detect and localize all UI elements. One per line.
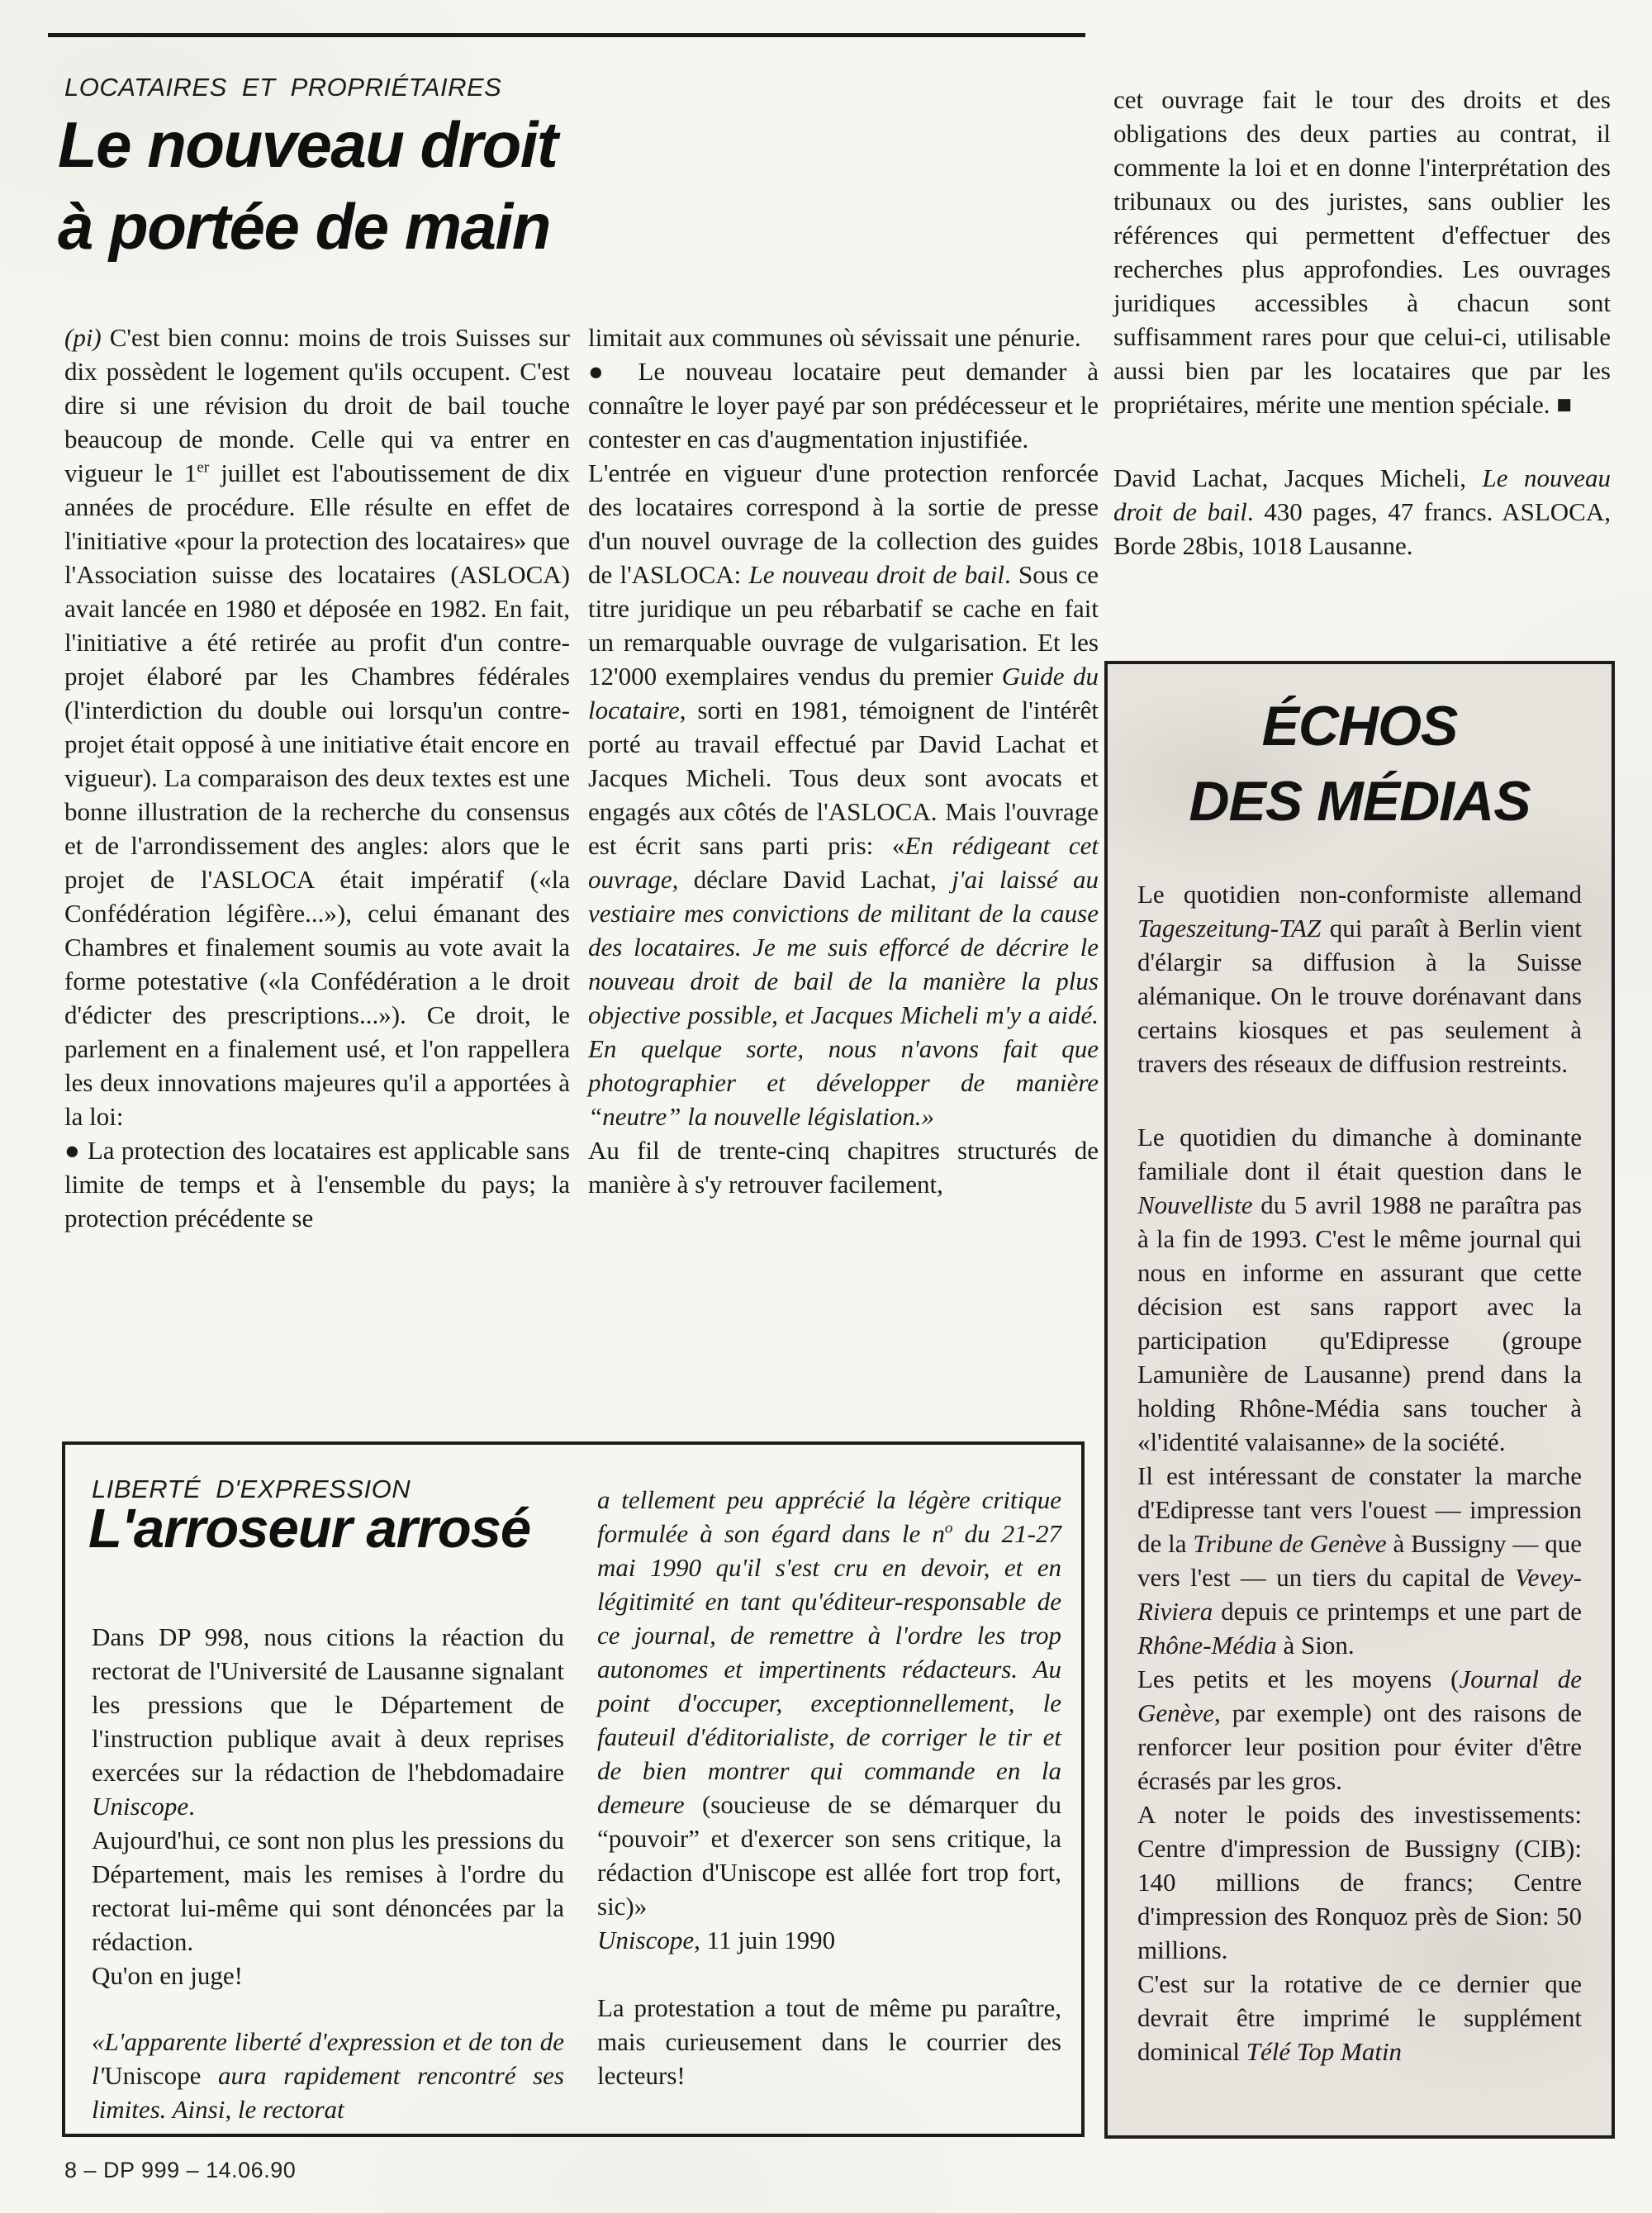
newspaper-page: LOCATAIRES ET PROPRIÉTAIRES Le nouveau d…	[0, 0, 1652, 2213]
liberte-box-right-column: a tellement peu apprécié la légère criti…	[597, 1483, 1061, 2092]
main-article-column-2: limitait aux communes où sévissait une p…	[588, 321, 1099, 1201]
liberte-quote-continuation: a tellement peu apprécié la légère criti…	[597, 1483, 1061, 1923]
echos-title-line-1: ÉCHOS	[1137, 689, 1582, 764]
headline-line-1: Le nouveau droit	[58, 104, 557, 186]
headline-line-2: à portée de main	[58, 186, 557, 268]
main-article-column-1: (pi) C'est bien connu: moins de trois Su…	[64, 321, 570, 1235]
echos-box-title: ÉCHOS DES MÉDIAS	[1137, 689, 1582, 839]
liberte-quote-attribution: Uniscope, 11 juin 1990	[597, 1923, 1061, 1957]
echos-title-line-2: DES MÉDIAS	[1137, 764, 1582, 839]
paragraph-lead: (pi) C'est bien connu: moins de trois Su…	[64, 321, 570, 1133]
paragraph-conclusion: cet ouvrage fait le tour des droits et d…	[1113, 83, 1611, 421]
paragraph-bullet-1: ● La protection des locataires est appli…	[64, 1133, 570, 1235]
paragraph-bullet-2: ● Le nouveau locataire peut demander à c…	[588, 354, 1099, 456]
main-article-kicker: LOCATAIRES ET PROPRIÉTAIRES	[64, 73, 501, 102]
liberte-box-title: L'arroseur arrosé	[88, 1496, 530, 1562]
echos-paragraph-rotative: C'est sur la rotative de ce dernier que …	[1137, 1967, 1582, 2068]
liberte-expression-box: LIBERTÉ D'EXPRESSION L'arroseur arrosé D…	[62, 1441, 1085, 2137]
page-footer: 8 – DP 999 – 14.06.90	[64, 2158, 296, 2183]
echos-paragraph-nouvelliste: Le quotidien du dimanche à dominante fam…	[1137, 1120, 1582, 1459]
liberte-quote-start: «L'apparente liberté d'expression et de …	[92, 2025, 564, 2126]
echos-paragraph-petits-moyens: Les petits et les moyens (Journal de Gen…	[1137, 1662, 1582, 1797]
main-article-column-3: cet ouvrage fait le tour des droits et d…	[1113, 83, 1611, 563]
paragraph-continuation: limitait aux communes où sévissait une p…	[588, 321, 1099, 354]
main-article-headline: Le nouveau droit à portée de main	[58, 104, 557, 268]
echos-paragraph-taz: Le quotidien non-conformiste allemand Ta…	[1137, 877, 1582, 1080]
top-rule-divider	[48, 33, 1085, 37]
paragraph-book: L'entrée en vigueur d'une protection ren…	[588, 456, 1099, 1133]
echos-paragraph-investissements: A noter le poids des investissements: Ce…	[1137, 1797, 1582, 1967]
book-reference: David Lachat, Jacques Micheli, Le nouvea…	[1113, 461, 1611, 563]
liberte-paragraph-juge: Qu'on en juge!	[92, 1959, 564, 1992]
echos-paragraph-edipresse: Il est intéressant de constater la march…	[1137, 1459, 1582, 1662]
liberte-paragraph-aujourdhui: Aujourd'hui, ce sont non plus les pressi…	[92, 1823, 564, 1959]
liberte-paragraph-dp998: Dans DP 998, nous citions la réaction du…	[92, 1620, 564, 1823]
paragraph-chapters: Au fil de trente-cinq chapitres structur…	[588, 1133, 1099, 1201]
liberte-paragraph-protestation: La protestation a tout de même pu paraît…	[597, 1991, 1061, 2092]
liberte-box-left-column: Dans DP 998, nous citions la réaction du…	[92, 1620, 564, 2126]
echos-des-medias-box: ÉCHOS DES MÉDIAS Le quotidien non-confor…	[1104, 661, 1615, 2139]
